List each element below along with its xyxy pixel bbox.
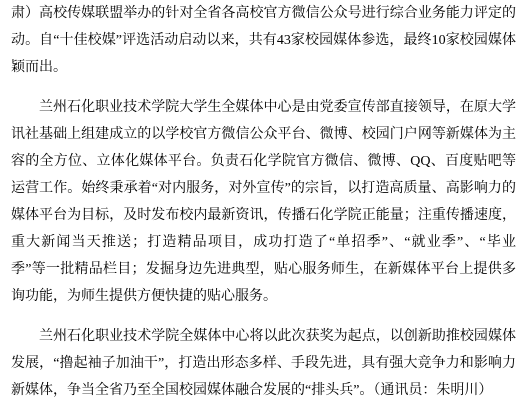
- text-line: 媒体平台为目标，及时发布校内最新资讯，传播石化学院正能量；注重传播速度，坚持: [11, 202, 516, 229]
- text-line: 肃）高校传媒联盟举办的针对全省各高校官方微信公众号进行综合业务能力评定的活: [11, 0, 516, 27]
- paragraph-1: 肃）高校传媒联盟举办的针对全省各高校官方微信公众号进行综合业务能力评定的活 动。…: [11, 0, 516, 81]
- text-line: 兰州石化职业技术学院全媒体中心将以此次获奖为起点，以创新助推校园媒体融合: [11, 323, 516, 350]
- text-line: 发展，“撸起袖子加油干”，打造出形态多样、手段先进，具有强大竞争力和影响力的: [11, 350, 516, 377]
- paragraph-2: 兰州石化职业技术学院大学生全媒体中心是由党委宣传部直接领导，在原大学生通 讯社基…: [11, 94, 516, 310]
- paragraph-3: 兰州石化职业技术学院全媒体中心将以此次获奖为起点，以创新助推校园媒体融合 发展，…: [11, 323, 516, 404]
- text-line: 季”等一批精品栏目；发掘身边先进典型，贴心服务师生，在新媒体平台上提供多项查: [11, 256, 516, 283]
- document-page: 肃）高校传媒联盟举办的针对全省各高校官方微信公众号进行综合业务能力评定的活 动。…: [0, 0, 529, 404]
- text-line: 重大新闻当天推送；打造精品项目，成功打造了“单招季”、“就业季”、“毕业: [11, 229, 516, 256]
- text-line: 颖而出。: [11, 54, 516, 81]
- text-line: 容的全方位、立体化媒体平台。负责石化学院官方微信、微博、QQ、百度贴吧等平台的: [11, 148, 516, 175]
- text-line: 新媒体，争当全省乃至全国校园媒体融合发展的“排头兵”。（通讯员：朱明川）: [11, 377, 516, 404]
- text-line: 动。自“十佳校媒”评选活动启动以来，共有43家校园媒体参选，最终10家校园媒体脱: [11, 27, 516, 54]
- text-line: 讯社基础上组建成立的以学校官方微信公众平台、微博、校园门户网等新媒体为主要内: [11, 121, 516, 148]
- text-line: 兰州石化职业技术学院大学生全媒体中心是由党委宣传部直接领导，在原大学生通: [11, 94, 516, 121]
- text-line: 运营工作。始终秉承着“对内服务，对外宣传”的宗旨，以打造高质量、高影响力的新: [11, 175, 516, 202]
- text-line: 询功能，为师生提供方便快捷的贴心服务。: [11, 283, 516, 310]
